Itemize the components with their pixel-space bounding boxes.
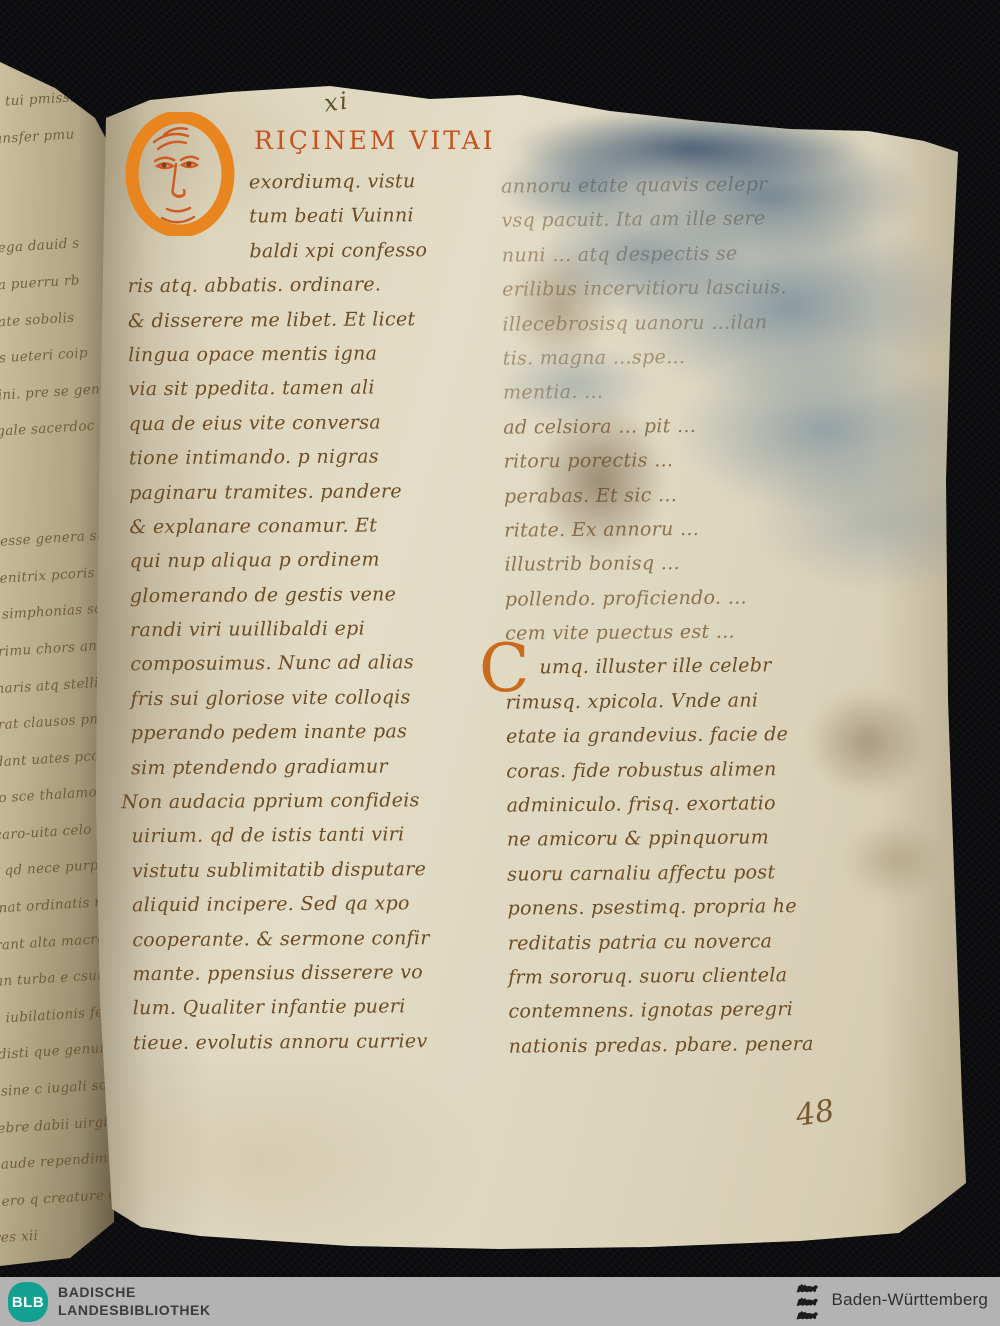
manuscript-line: perabas. Et sic … (504, 476, 876, 514)
manuscript-line: vsq pacuit. Ita am ille sere (501, 201, 873, 239)
manuscript-line: fris sui gloriose vite colloqis (130, 680, 480, 717)
manuscript-page: xi 47 (0, 0, 1000, 1277)
manuscript-line: etate ia grandevius. facie de (506, 717, 878, 755)
manuscript-line: sim ptendendo gradiamur (131, 748, 481, 785)
manuscript-line: illustrib bonisq … (504, 545, 876, 583)
title-capitals: RIÇINEM VITAI (254, 126, 496, 155)
manuscript-line: composuimus. Nunc ad alias (130, 645, 480, 682)
manuscript-line: annoru etate quavis celepr (501, 166, 873, 204)
manuscript-line: vistutu sublimitatib disputare (132, 852, 482, 889)
manuscript-line: pperando pedem inante pas (131, 714, 481, 751)
manuscript-line: ris atq. abbatis. ordinare. (128, 267, 478, 304)
manuscript-line: qui nup aliqua p ordinem (130, 542, 480, 579)
manuscript-line: nuni … atq despectis se (502, 235, 874, 273)
manuscript-line: ritate. Ex annoru … (504, 510, 876, 548)
manuscript-line: tione intimando. p nigras (129, 439, 479, 476)
state-label: Baden-Württemberg (832, 1290, 988, 1310)
manuscript-line: mante. ppensius disserere vo (132, 955, 482, 992)
manuscript-line: exordiumq. vistu (249, 164, 477, 200)
three-lions-icon (795, 1282, 819, 1322)
manuscript-line: glomerando de gestis vene (130, 576, 480, 613)
manuscript-line: uirium. qd de istis tanti viri (131, 817, 481, 854)
manuscript-line: Non audacia pprium confideis (121, 783, 481, 820)
manuscript-line: paginaru tramites. pandere (129, 473, 479, 510)
manuscript-line: rimusq. xpicola. Vnde ani (506, 682, 878, 720)
manuscript-line: adminiculo. frisq. exortatio (507, 785, 879, 823)
left-text-column: exordiumq. vistutum beati Vuinnibaldi xp… (127, 164, 483, 1061)
manuscript-line: mentia. … (503, 373, 875, 411)
manuscript-line: illecebrosisq uanoru …ilan (502, 304, 874, 342)
manuscript-line: qua de eius vite conversa (129, 405, 479, 442)
footer-bar: BLB BADISCHE LANDESBIBLIOTHEK Baden-Würt… (0, 1277, 1000, 1326)
manuscript-line: lingua opace mentis igna (128, 336, 478, 373)
manuscript-line: tieue. evolutis annoru curriev (133, 1024, 483, 1061)
digitized-manuscript-viewer: absolue pcibs tui pmissiria adcadi trans… (0, 0, 1000, 1326)
initial-c: C (479, 636, 530, 702)
manuscript-line: suoru carnaliu affectu post (507, 854, 879, 892)
manuscript-line: & explanare conamur. Et (129, 508, 479, 545)
manuscript-line: reditatis patria cu noverca (508, 923, 880, 961)
manuscript-line: tis. magna …spe… (503, 338, 875, 376)
library-name: BADISCHE LANDESBIBLIOTHEK (58, 1284, 211, 1319)
right-text-column: annoru etate quavis celeprvsq pacuit. It… (501, 166, 881, 1063)
manuscript-line: ritoru porectis … (504, 442, 876, 480)
manuscript-line: lum. Qualiter infantie pueri (133, 989, 483, 1026)
manuscript-line: & disserere me libet. Et licet (128, 301, 478, 338)
manuscript-line: cem vite puectus est … (505, 613, 877, 651)
quire-mark: xi (322, 86, 351, 117)
manuscript-line: nationis predas. pbare. penera (509, 1026, 881, 1064)
manuscript-line: umq. illuster ille celebr (539, 648, 877, 685)
manuscript-line: baldi xpi confesso (249, 233, 477, 269)
manuscript-line: randi viri uuillibaldi epi (130, 611, 480, 648)
library-name-line2: LANDESBIBLIOTHEK (58, 1302, 211, 1320)
manuscript-line: tum beati Vuinni (249, 198, 477, 234)
manuscript-line: ad celsiora … pit … (503, 407, 875, 445)
manuscript-line: cooperante. & sermone confir (132, 920, 482, 957)
manuscript-photo: absolue pcibs tui pmissiria adcadi trans… (0, 0, 1000, 1277)
manuscript-line: coras. fide robustus alimen (506, 751, 878, 789)
blb-logo: BLB (8, 1282, 48, 1322)
manuscript-line: contemnens. ignotas peregri (508, 992, 880, 1030)
manuscript-line: aliquid incipere. Sed qa xpo (132, 886, 482, 923)
folio-number-bottom: 48 (793, 1093, 836, 1134)
manuscript-line: via sit ppedita. tamen ali (128, 370, 478, 407)
manuscript-line: erilibus incervitioru lasciuis. (502, 270, 874, 308)
manuscript-line: pollendo. proficiendo. … (505, 579, 877, 617)
manuscript-line: ponens. psestimq. propria he (507, 889, 879, 927)
library-name-line1: BADISCHE (58, 1284, 211, 1302)
manuscript-line: ne amicoru & ppinquorum (507, 820, 879, 858)
manuscript-line: frm sororuq. suoru clientela (508, 957, 880, 995)
